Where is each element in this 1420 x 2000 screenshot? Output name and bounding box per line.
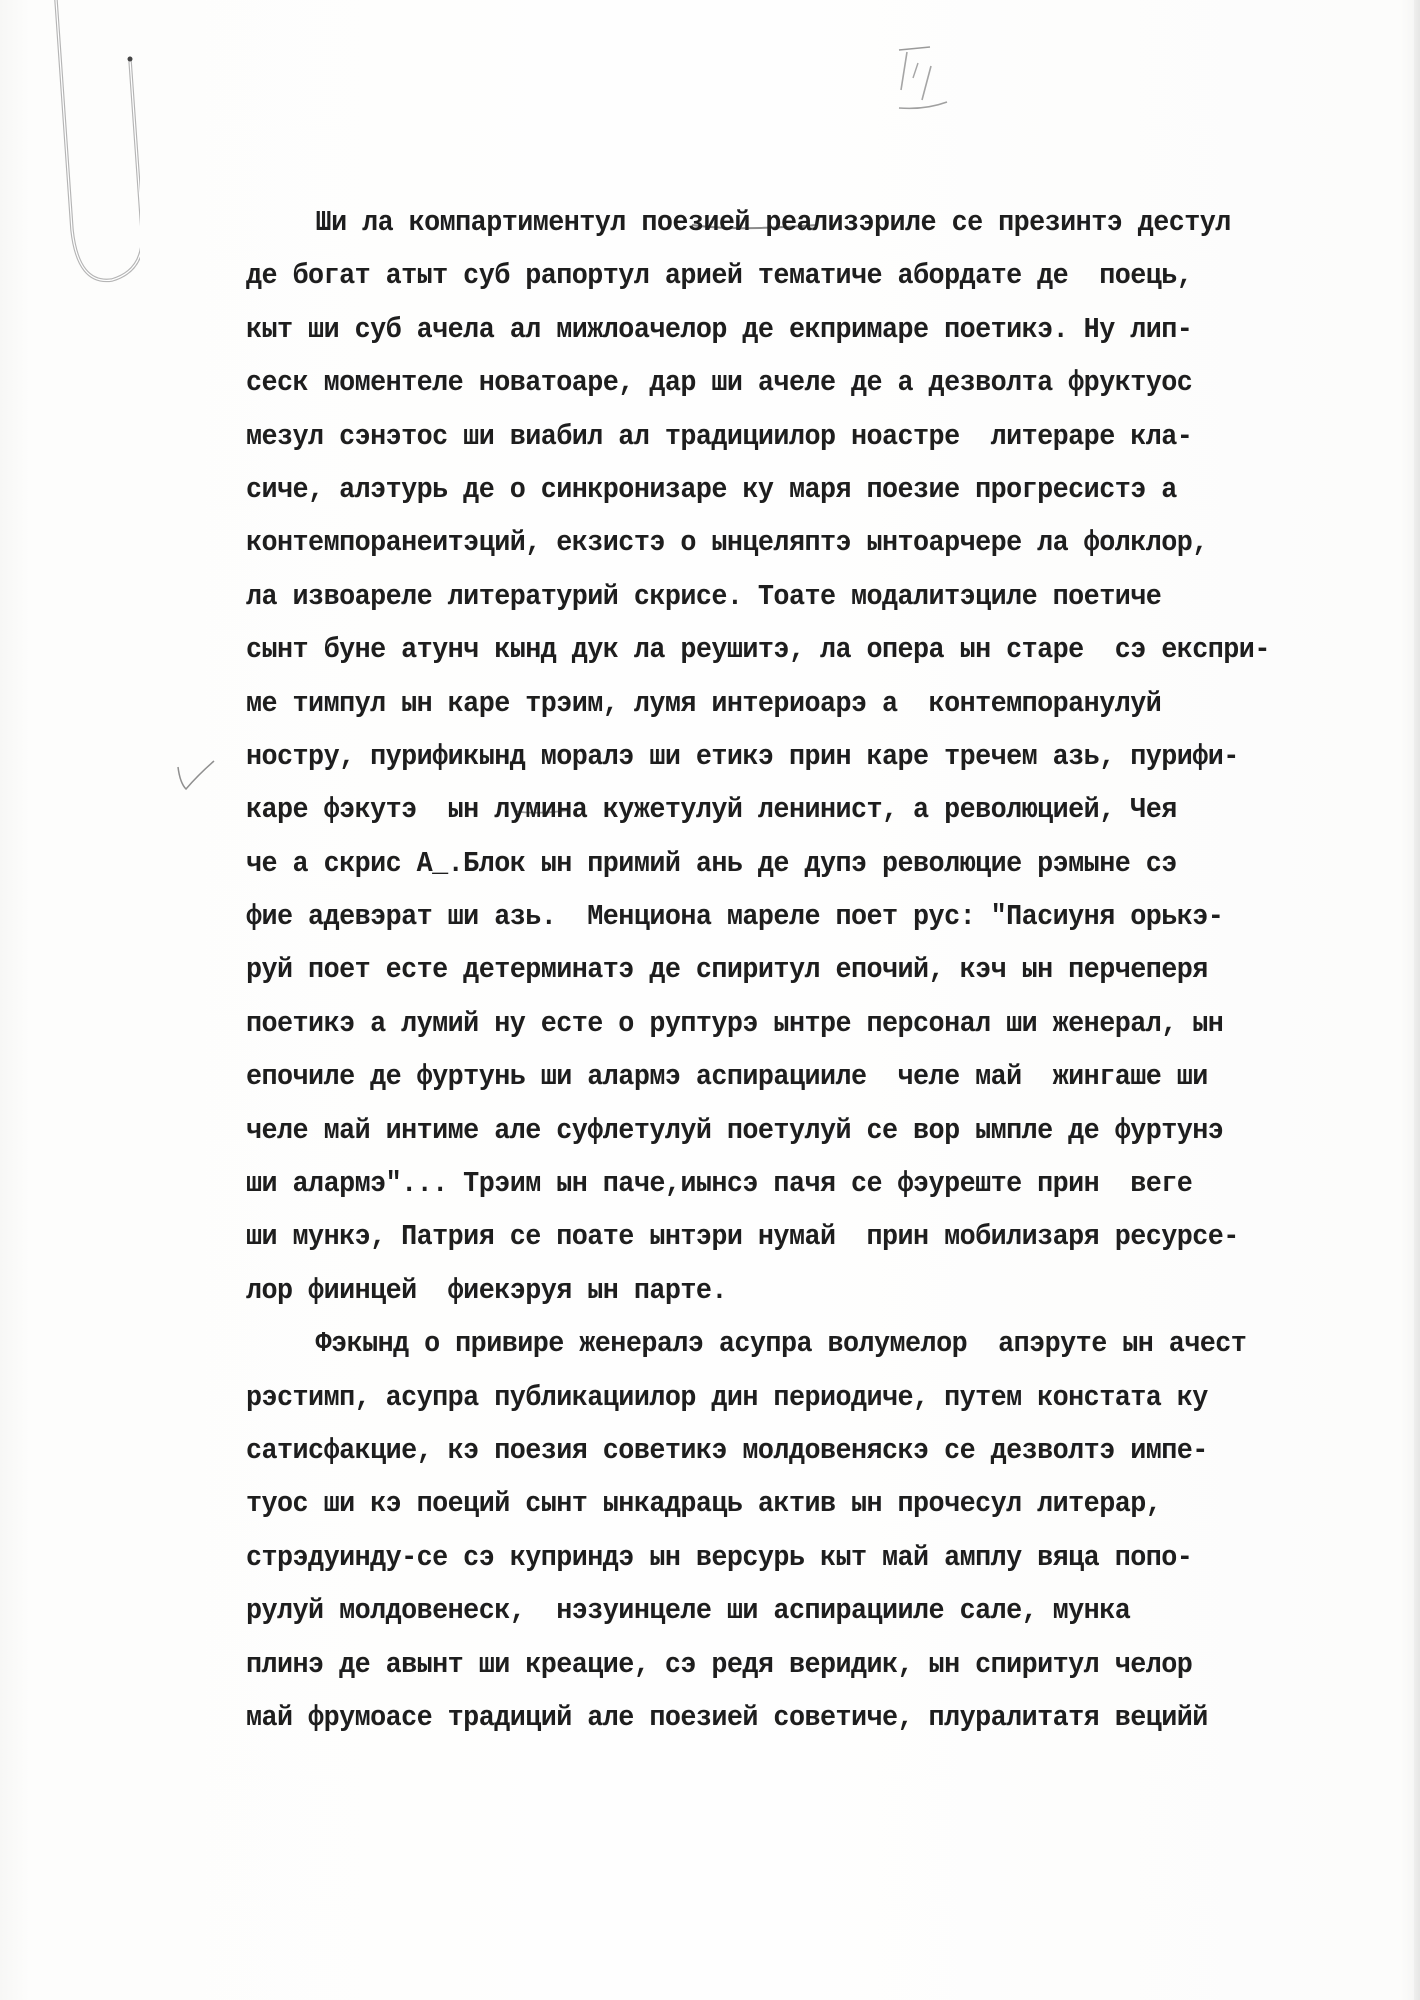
text-line: Фэкынд о привире женералэ асупра волумел… bbox=[246, 1317, 1336, 1370]
text-line: ме тимпул ын каре трэим, лумя интериоарэ… bbox=[246, 677, 1336, 730]
typewritten-body: Ши ла компартиментул поезией реализэриле… bbox=[246, 196, 1336, 1744]
text-line: мезул сэнэтос ши виабил ал традициилор н… bbox=[246, 410, 1336, 463]
scanned-page: Ши ла компартиментул поезией реализэриле… bbox=[0, 0, 1420, 2000]
text-line: Ши ла компартиментул поезией реализэриле… bbox=[246, 196, 1336, 249]
text-line: ностру, пурификынд моралэ ши етикэ прин … bbox=[246, 730, 1336, 783]
page-edge-shadow bbox=[1414, 0, 1420, 2000]
check-mark-icon bbox=[172, 755, 222, 805]
text-line: рэстимп, асупра публикациилор дин период… bbox=[246, 1371, 1336, 1424]
text-line: фие адевэрат ши азь. Менциона мареле пое… bbox=[246, 890, 1336, 943]
text-line: епочиле де фуртунь ши алармэ аспирацииле… bbox=[246, 1050, 1336, 1103]
text-line: ла извоареле литературий скрисе. Тоате м… bbox=[246, 570, 1336, 623]
text-line: поетикэ а лумий ну есте о руптурэ ынтре … bbox=[246, 997, 1336, 1050]
text-line: че а скрис А_.Блок ын примий ань де дупэ… bbox=[246, 837, 1336, 890]
text-line: лор фиинцей фиекэруя ын парте. bbox=[246, 1264, 1336, 1317]
text-line: стрэдуинду-се сэ куприндэ ын версурь кыт… bbox=[246, 1531, 1336, 1584]
text-line: сынт буне атунч кынд дук ла реушитэ, ла … bbox=[246, 623, 1336, 676]
paragraph-1: Ши ла компартиментул поезией реализэриле… bbox=[246, 196, 1336, 1317]
text-line: сеск моментеле новатоаре, дар ши ачеле д… bbox=[246, 356, 1336, 409]
text-line: челе май интиме але суфлетулуй поетулуй … bbox=[246, 1104, 1336, 1157]
text-line: сатисфакцие, кэ поезия советикэ молдовен… bbox=[246, 1424, 1336, 1477]
text-line: де богат атыт суб рапортул арией тематич… bbox=[246, 249, 1336, 302]
text-line: туос ши кэ поеций сынт ынкадраць актив ы… bbox=[246, 1477, 1336, 1530]
paperclip-icon bbox=[50, 0, 140, 300]
text-line: рулуй молдовенеск, нэзуинцеле ши аспирац… bbox=[246, 1584, 1336, 1637]
text-line: ши мункэ, Патрия се поате ынтэри нумай п… bbox=[246, 1210, 1336, 1263]
text-line: сиче, алэтурь де о синкронизаре ку маря … bbox=[246, 463, 1336, 516]
text-line: плинэ де авынт ши креацие, сэ редя верид… bbox=[246, 1638, 1336, 1691]
text-line: май фрумоасе традиций але поезией совети… bbox=[246, 1691, 1336, 1744]
handwritten-page-number bbox=[855, 30, 965, 120]
paragraph-2: Фэкынд о привире женералэ асупра волумел… bbox=[246, 1317, 1336, 1744]
text-line: контемпоранеитэций, екзистэ о ынцеляптэ … bbox=[246, 516, 1336, 569]
text-line: кыт ши суб ачела ал мижлоачелор де екпри… bbox=[246, 303, 1336, 356]
text-line: ши алармэ"... Трэим ын паче,иынсэ пачя с… bbox=[246, 1157, 1336, 1210]
text-line: руй поет есте детерминатэ де спиритул еп… bbox=[246, 943, 1336, 996]
text-line: каре фэкутэ ын лумина кужетулуй ленинист… bbox=[246, 783, 1336, 836]
